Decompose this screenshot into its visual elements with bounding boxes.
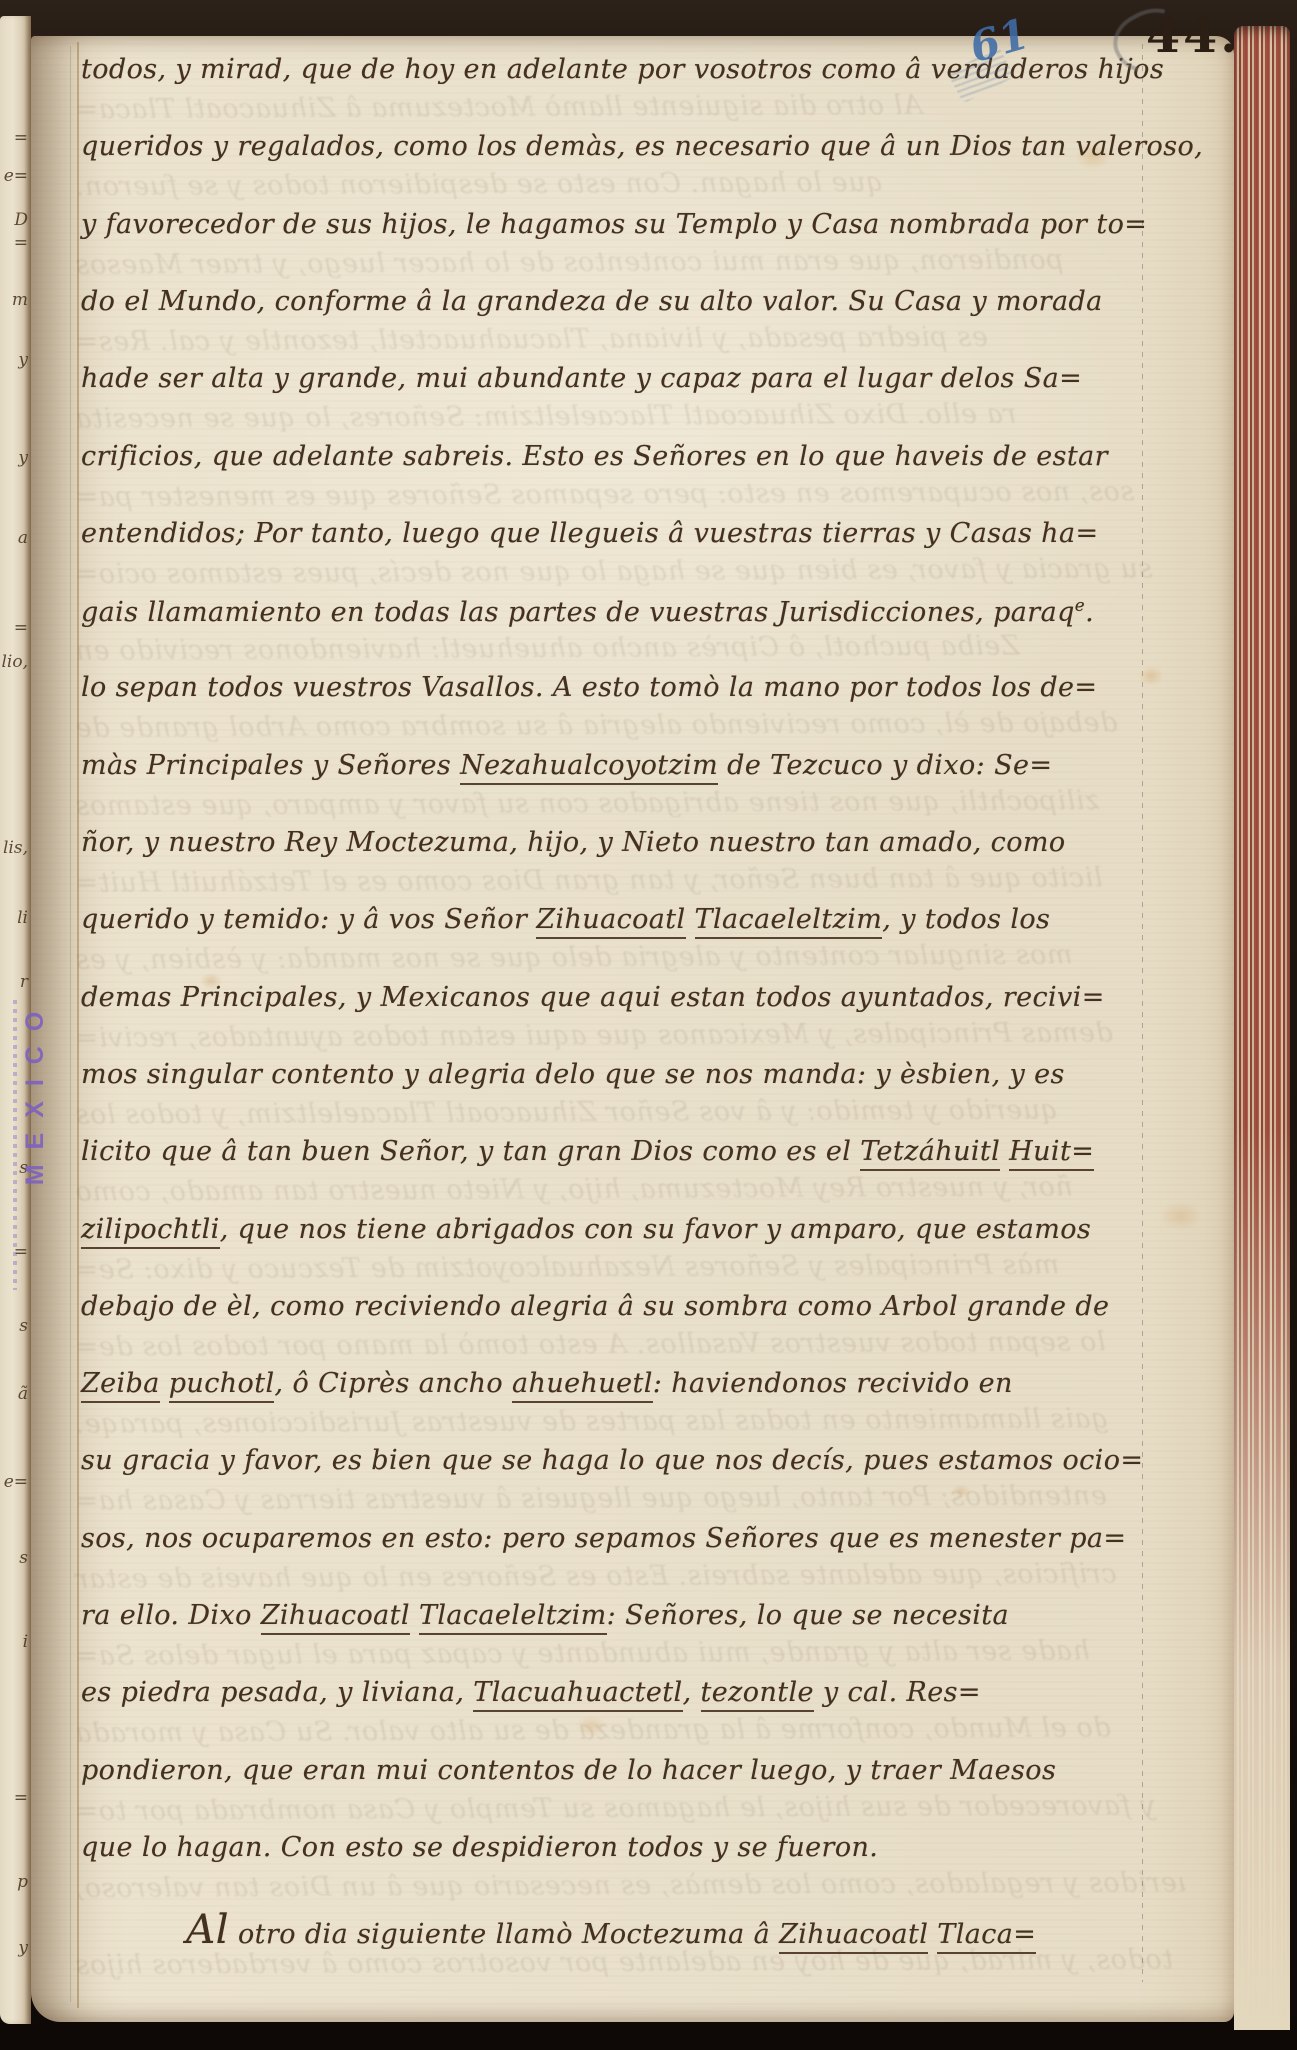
manuscript-line: su gracia y favor, es bien que se haga l… (81, 1445, 1143, 1476)
manuscript-line: ñor, y nuestro Rey Moctezuma, hijo, y Ni… (81, 827, 1066, 858)
manuscript-line: màs Principales y Señores Nezahualcoyotz… (81, 750, 1052, 781)
text-segment: , (683, 1677, 701, 1708)
manuscript-line: y favorecedor de sus hijos, le hagamos s… (81, 209, 1147, 240)
fore-edge (1234, 26, 1290, 2030)
text-segment: : haviendonos recivido en (653, 1368, 1013, 1399)
text-segment: do el Mundo, conforme â la grandeza de s… (81, 286, 1103, 317)
text-segment: crificios, que adelante sabreis. Esto es… (81, 441, 1108, 472)
manuscript-line: sos, nos ocuparemos en esto: pero sepamo… (81, 1523, 1126, 1554)
facing-page-text-fragment: = (14, 1788, 28, 1808)
underlined-word: Zihuacoatl (261, 1600, 410, 1635)
underlined-word: Tlacuahuactetl (473, 1677, 682, 1712)
text-segment: de Tezcuco y dixo: Se= (718, 750, 1052, 781)
underlined-word: Nezahualcoyotzim (460, 750, 718, 785)
manuscript-line: lo sepan todos vuestros Vasallos. A esto… (81, 672, 1097, 703)
manuscript-photo: =e=D=myya=lio,lis,lirs=sãe=si=py Al otro… (0, 0, 1297, 2050)
text-segment: ñor, y nuestro Rey Moctezuma, hijo, y Ni… (81, 827, 1066, 858)
underlined-word: Tlacaeleltzim (419, 1600, 607, 1635)
manuscript-line: licito que â tan buen Señor, y tan gran … (81, 1136, 1094, 1167)
underlined-word: tezontle (701, 1677, 814, 1712)
manuscript-line: gais llamamiento en todas las partes de … (81, 595, 1094, 628)
facing-page-text-fragment: lio, (1, 652, 28, 672)
manuscript-line: crificios, que adelante sabreis. Esto es… (81, 441, 1108, 472)
text-segment: . (1085, 597, 1094, 628)
underlined-word: Zihuacoatl (536, 904, 685, 939)
facing-page-text-fragment: p (17, 1872, 28, 1892)
text-segment: , ô Ciprès ancho (274, 1368, 512, 1399)
text-segment: querido y temido: y â vos Señor (81, 904, 536, 935)
facing-page-text-fragment: i (23, 1632, 28, 1652)
manuscript-line: queridos y regalados, como los demàs, es… (81, 131, 1203, 162)
manuscript-line: es piedra pesada, y liviana, Tlacuahuact… (81, 1677, 981, 1708)
text-segment: y cal. Res= (814, 1677, 981, 1708)
underlined-word: puchotl (169, 1368, 275, 1403)
text-segment: queridos y regalados, como los demàs, es… (81, 131, 1203, 162)
manuscript-line: mos singular contento y alegria delo que… (81, 1059, 1065, 1090)
text-segment: mos singular contento y alegria delo que… (81, 1059, 1065, 1090)
underlined-word: zilipochtli (81, 1214, 220, 1249)
text-segment: que lo hagan. Con esto se despidieron to… (81, 1832, 878, 1863)
text-segment: es piedra pesada, y liviana, (81, 1677, 473, 1708)
facing-page-text-fragment: lis, (3, 838, 28, 858)
underlined-word: Zeiba (81, 1368, 160, 1403)
facing-page-text-fragment: s (19, 1548, 28, 1568)
underlined-word: ahuehuetl (512, 1368, 653, 1403)
manuscript-line: hade ser alta y grande, mui abundante y … (81, 363, 1082, 394)
manuscript-line: ra ello. Dixo Zihuacoatl Tlacaeleltzim: … (81, 1600, 1009, 1631)
text-segment: sos, nos ocuparemos en esto: pero sepamo… (81, 1523, 1126, 1554)
text-segment (160, 1368, 169, 1399)
text-segment: gais llamamiento en todas las partes de … (81, 597, 1075, 628)
text-segment: ra ello. Dixo (81, 1600, 261, 1631)
text-segment: màs Principales y Señores (81, 750, 460, 781)
manuscript-line: que lo hagan. Con esto se despidieron to… (81, 1832, 878, 1863)
text-segment: demas Principales, y Mexicanos que aqui … (81, 982, 1105, 1013)
manuscript-line: debajo de èl, como reciviendo alegria â … (81, 1291, 1109, 1322)
facing-page-text-fragment: a (18, 528, 28, 548)
text-segment: su gracia y favor, es bien que se haga l… (81, 1445, 1143, 1476)
text-segment: pondieron, que eran mui contentos de lo … (81, 1755, 1056, 1786)
fore-edge-fade (1234, 1128, 1290, 2030)
text-segment: : Señores, lo que se necesita (607, 1600, 1009, 1631)
mexico-stamp: MEXICO (21, 871, 63, 1311)
underlined-word: Tlaca= (937, 1919, 1036, 1954)
text-segment: , y todos los (882, 904, 1050, 935)
facing-page-text-fragment: e= (4, 1472, 28, 1492)
manuscript-line: Al otro dia siguiente llamò Moctezuma â … (186, 1909, 1036, 1950)
stamp-subtext-marks (13, 1000, 17, 1290)
text-segment (1000, 1136, 1009, 1167)
left-margin-rule-faint (70, 46, 71, 2002)
text-segment: debajo de èl, como reciviendo alegria â … (81, 1291, 1109, 1322)
text-segment: licito que â tan buen Señor, y tan gran … (81, 1136, 860, 1167)
facing-page-text-fragment: = (14, 618, 28, 638)
text-segment (410, 1600, 419, 1631)
facing-page-text-fragment: s (19, 1316, 28, 1336)
text-segment (928, 1919, 937, 1950)
facing-page-text-fragment: m (12, 290, 28, 310)
manuscript-line: demas Principales, y Mexicanos que aqui … (81, 982, 1105, 1013)
text-block: todos, y mirad, que de hoy en adelante p… (81, 36, 1206, 2022)
manuscript-line: Zeiba puchotl, ô Ciprès ancho ahuehuetl:… (81, 1368, 1013, 1399)
underlined-word: Huit= (1009, 1136, 1094, 1171)
underlined-word: Tetzáhuitl (860, 1136, 1000, 1171)
text-segment: hade ser alta y grande, mui abundante y … (81, 363, 1082, 394)
text-segment: Al (186, 1905, 229, 1953)
underlined-word: Zihuacoatl (779, 1919, 928, 1954)
facing-page-text-fragment: = (14, 128, 28, 148)
facing-page-text-fragment: D (14, 210, 28, 230)
facing-page-text-fragment: ã (18, 1384, 28, 1404)
underlined-word: Tlacaeleltzim (695, 904, 883, 939)
facing-page-text-fragment: y (18, 1938, 28, 1958)
manuscript-page: Al otro dia siguiente llamò Moctezuma â … (31, 36, 1234, 2022)
facing-page-text-fragment: y (18, 350, 28, 370)
facing-page-text-fragment: y (18, 448, 28, 468)
manuscript-line: pondieron, que eran mui contentos de lo … (81, 1755, 1056, 1786)
manuscript-line: querido y temido: y â vos Señor Zihuacoa… (81, 904, 1050, 935)
manuscript-line: entendidos; Por tanto, luego que lleguei… (81, 518, 1099, 549)
text-segment (686, 904, 695, 935)
text-segment: y favorecedor de sus hijos, le hagamos s… (81, 209, 1147, 240)
text-segment: lo sepan todos vuestros Vasallos. A esto… (81, 672, 1097, 703)
facing-page-text-fragment: e= (4, 166, 28, 186)
text-segment: , que nos tiene abrigados con su favor y… (220, 1214, 1091, 1245)
page-number: 44. (1146, 6, 1240, 64)
manuscript-line: zilipochtli, que nos tiene abrigados con… (81, 1214, 1091, 1245)
left-margin-rule (77, 42, 79, 2008)
text-segment: otro dia siguiente llamò Moctezuma â (229, 1919, 779, 1950)
facing-page-text-fragment: = (14, 233, 28, 253)
manuscript-line: do el Mundo, conforme â la grandeza de s… (81, 286, 1103, 317)
text-segment: entendidos; Por tanto, luego que lleguei… (81, 518, 1099, 549)
text-segment: e (1075, 595, 1085, 615)
